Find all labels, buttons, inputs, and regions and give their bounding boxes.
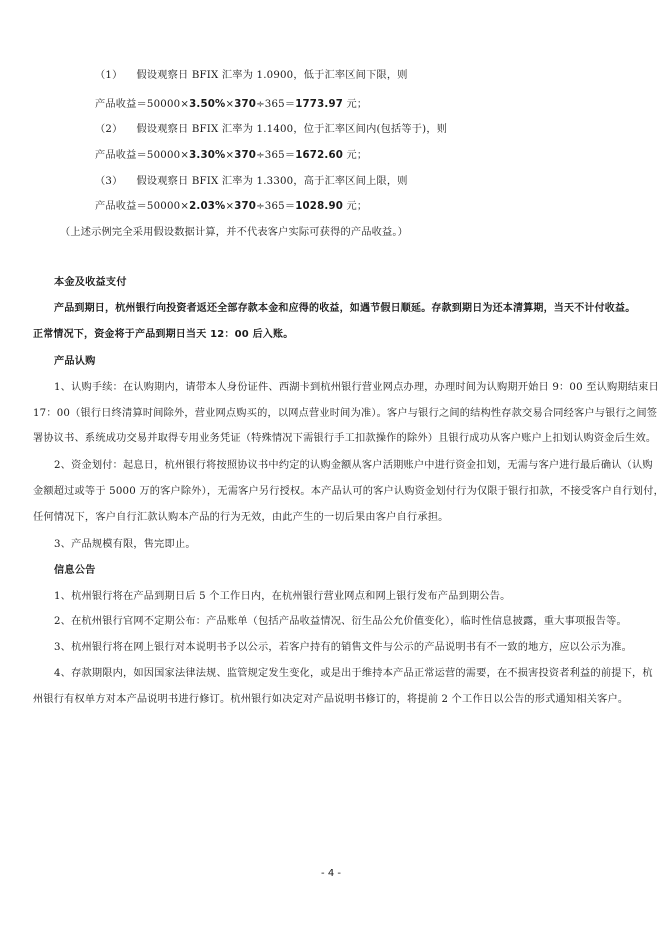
payment-line-2: 正常情况下，资金将于产品到期日当天 12：00 后入账。 — [33, 328, 293, 342]
example-label: （1） — [95, 70, 122, 81]
example-formula-1: 产品收益＝50000×3.50%×370÷365＝1773.97 元； — [95, 98, 367, 112]
formula-result: 1773.97 — [295, 99, 343, 110]
page-number: - 4 - — [0, 868, 662, 879]
announcement-line-5: 州银行有权单方对本产品说明书进行修订。杭州银行如决定对产品说明书修订的，将提前 … — [33, 693, 628, 707]
formula-unit: 元； — [343, 99, 367, 110]
example-condition-text: 假设观察日 BFIX 汇率为 1.3300，高于汇率区间上限，则 — [136, 176, 407, 187]
formula-unit: 元； — [343, 150, 367, 161]
announcement-line-2: 2、在杭州银行官网不定期公布：产品账单（包括产品收益情况、衍生品公允价值变化），… — [54, 615, 627, 629]
formula-prefix: 产品收益＝50000× — [95, 201, 189, 212]
section-title-subscription: 产品认购 — [54, 355, 96, 369]
example-condition-2: （2）假设观察日 BFIX 汇率为 1.1400，位于汇率区间内(包括等于)，则 — [95, 123, 447, 137]
subscription-line-4: 2、资金划付：起息日，杭州银行将按照协议书中约定的认购金额从客户活期账户中进行资… — [54, 459, 628, 473]
formula-days: 370 — [234, 201, 256, 212]
subscription-line-6: 任何情况下，客户自行汇款认购本产品的行为无效，由此产生的一切后果由客户自行承担。 — [33, 511, 449, 525]
formula-prefix: 产品收益＝50000× — [95, 150, 189, 161]
formula-rate: 3.50% — [189, 99, 225, 110]
formula-rate: 3.30% — [189, 150, 225, 161]
formula-divide: ÷365＝ — [256, 201, 295, 212]
formula-days: 370 — [234, 150, 256, 161]
example-condition-text: 假设观察日 BFIX 汇率为 1.0900，低于汇率区间下限，则 — [136, 70, 407, 81]
subscription-line-1: 1、认购手续：在认购期内，请带本人身份证件、西湖卡到杭州银行营业网点办理，办理时… — [54, 381, 628, 395]
example-label: （2） — [95, 124, 122, 135]
document-page: （1）假设观察日 BFIX 汇率为 1.0900，低于汇率区间下限，则 产品收益… — [0, 0, 662, 936]
example-formula-3: 产品收益＝50000×2.03%×370÷365＝1028.90 元； — [95, 200, 367, 214]
section-title-payment: 本金及收益支付 — [54, 276, 127, 290]
subscription-line-3: 署协议书、系统成功交易并取得专用业务凭证（特殊情况下需银行手工扣款操作的除外）且… — [33, 432, 628, 446]
announcement-line-3: 3、杭州银行将在网上银行对本说明书予以公示，若客户持有的销售文件与公示的产品说明… — [54, 641, 632, 655]
formula-days: 370 — [234, 99, 256, 110]
formula-prefix: 产品收益＝50000× — [95, 99, 189, 110]
formula-rate: 2.03% — [189, 201, 225, 212]
subscription-line-7: 3、产品规模有限，售完即止。 — [54, 538, 196, 552]
announcement-line-4: 4、存款期限内，如因国家法律法规、监管规定发生变化，或是出于维持本产品正常运营的… — [54, 667, 628, 681]
example-disclaimer: （上述示例完全采用假设数据计算，并不代表客户实际可获得的产品收益。） — [60, 226, 408, 240]
formula-unit: 元； — [343, 201, 367, 212]
formula-times: × — [225, 150, 234, 161]
payment-line-1: 产品到期日，杭州银行向投资者返还全部存款本金和应得的收益，如遇节假日顺延。存款到… — [54, 302, 635, 316]
example-label: （3） — [95, 176, 122, 187]
example-formula-2: 产品收益＝50000×3.30%×370÷365＝1672.60 元； — [95, 149, 367, 163]
example-condition-3: （3）假设观察日 BFIX 汇率为 1.3300，高于汇率区间上限，则 — [95, 175, 408, 189]
section-title-announcement: 信息公告 — [54, 564, 96, 578]
formula-divide: ÷365＝ — [256, 150, 295, 161]
formula-result: 1672.60 — [295, 150, 343, 161]
formula-result: 1028.90 — [295, 201, 343, 212]
subscription-line-5: 金额超过或等于 5000 万的客户除外），无需客户另行授权。本产品认可的客户认购… — [33, 485, 628, 499]
formula-times: × — [225, 201, 234, 212]
formula-times: × — [225, 99, 234, 110]
example-condition-1: （1）假设观察日 BFIX 汇率为 1.0900，低于汇率区间下限，则 — [95, 69, 408, 83]
subscription-line-2: 17：00（银行日终清算时间除外，营业网点购买的，以网点营业时间为准）。客户与银… — [33, 407, 628, 421]
example-condition-text: 假设观察日 BFIX 汇率为 1.1400，位于汇率区间内(包括等于)，则 — [136, 124, 447, 135]
announcement-line-1: 1、杭州银行将在产品到期日后 5 个工作日内，在杭州银行营业网点和网上银行发布产… — [54, 590, 511, 604]
formula-divide: ÷365＝ — [256, 99, 295, 110]
